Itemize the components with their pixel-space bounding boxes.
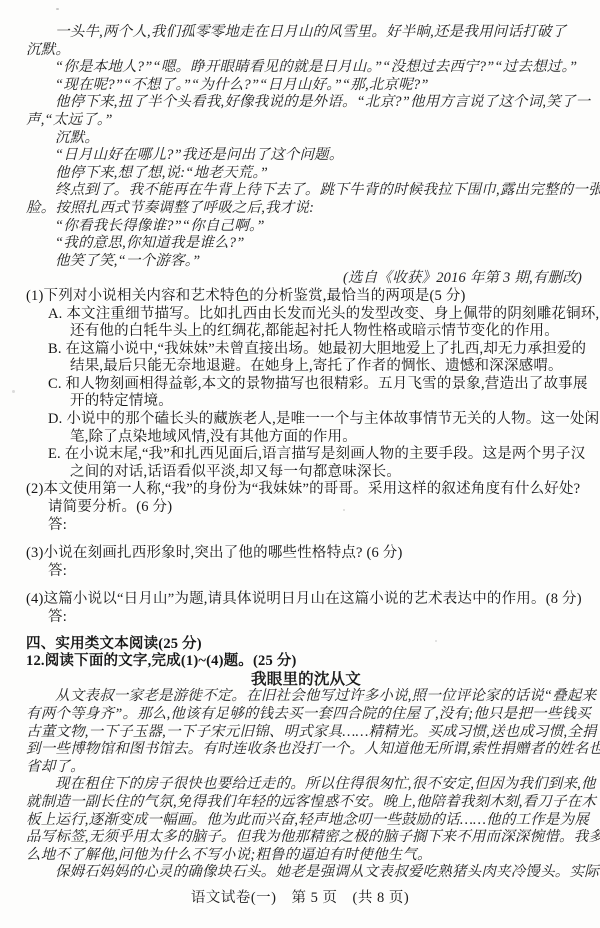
story-line: “日月山好在哪儿?”我还是问出了这个问题。 bbox=[26, 147, 586, 165]
story-line: 声,“太远了。” bbox=[26, 112, 586, 130]
story-line: “你是本地人?”“嗯。睁开眼睛看见的就是日月山。”“没想过去西宁?”“过去想过。… bbox=[26, 59, 586, 77]
scan-speck bbox=[56, 8, 59, 10]
passage-title: 我眼里的沈从文 bbox=[26, 671, 586, 689]
page-content: 一头牛,两个人,我们孤零零地走在日月山的风雪里。好半晌,还是我用问话打破了 沉默… bbox=[26, 24, 586, 882]
option-b-line: 结果,最后只能无奈地退避。在她身上,寄托了作者的惆怅、遗憾和深深感喟。 bbox=[26, 358, 586, 376]
story-line: 脸。按照扎西式节奏调整了呼吸之后,我才说: bbox=[26, 200, 586, 218]
question-12-instruction: 12.阅读下面的文字,完成(1)~(4)题。(25 分) bbox=[26, 653, 586, 671]
page-footer: 语文试卷(一) 第 5 页 (共 8 页) bbox=[0, 886, 600, 907]
exam-page: 一头牛,两个人,我们孤零零地走在日月山的风雪里。好半晌,还是我用问话打破了 沉默… bbox=[0, 0, 600, 928]
section-heading: 四、实用类文本阅读(25 分) bbox=[26, 636, 586, 654]
answer-label: 答: bbox=[26, 517, 586, 535]
question-2: (2)本文使用第一人称,“我”的身份为“我妹妹”的哥哥。采用这样的叙述角度有什么… bbox=[26, 481, 586, 499]
scan-speck bbox=[560, 96, 562, 98]
option-a-line: 还有他的白牦牛头上的红绸花,都能起衬托人物性格或暗示情节变化的作用。 bbox=[26, 323, 586, 341]
passage-line: 从文表叔一家老是游徙不定。在旧社会他写过许多小说,照一位评论家的话说“叠起来 bbox=[26, 688, 586, 706]
passage-line: 古董文物,一下子玉器,一下子宋元旧锦、明式家具……精精光。买成习惯,送也成习惯,… bbox=[26, 724, 586, 742]
scan-speck bbox=[343, 509, 345, 511]
passage-line: 么地不了解他,问他为什么不写小说;粗鲁的逼迫有时使他生气。 bbox=[26, 847, 586, 865]
story-line: 终点到了。我不能再在牛背上待下去了。跳下牛背的时候我拉下围巾,露出完整的一张 bbox=[26, 182, 586, 200]
story-line: 一头牛,两个人,我们孤零零地走在日月山的风雪里。好半晌,还是我用问话打破了 bbox=[26, 24, 586, 42]
question-1: (1)下列对小说相关内容和艺术特色的分析鉴赏,最恰当的两项是(5 分) bbox=[26, 288, 586, 306]
passage-line: 保姆石妈妈的心灵的确像块石头。她老是强调从文表叔爱吃熟猪头肉夹冷馒头。实际 bbox=[26, 864, 586, 882]
question-2-continuation: 请简要分析。(6 分) bbox=[26, 499, 586, 517]
option-d-line: 笔,除了点染地域风情,没有其他方面的作用。 bbox=[26, 429, 586, 447]
question-3: (3)小说在刻画扎西形象时,突出了他的哪些性格特点? (6 分) bbox=[26, 545, 586, 563]
passage-line: 板上运行,逐渐变成一幅画。他为此而兴奋,轻声地念叨一些鼓励的话……他的工作是为展 bbox=[26, 812, 586, 830]
story-line: 他笑了笑,“一个游客。” bbox=[26, 253, 586, 271]
answer-label: 答: bbox=[26, 563, 586, 581]
question-4: (4)这篇小说以“日月山”为题,请具体说明日月山在这篇小说的艺术表达中的作用。(… bbox=[26, 591, 586, 609]
story-line: 沉默。 bbox=[26, 42, 586, 60]
passage-line: 到一些博物馆和图书馆去。有时连收条也没打一个。人知道他无所谓,索性捐赠者的姓名也 bbox=[26, 741, 586, 759]
story-line: “我的意思,你知道我是谁么?” bbox=[26, 235, 586, 253]
story-line: 沉默。 bbox=[26, 130, 586, 148]
option-a-line: A. 本文注重细节描写。比如扎西由长发而光头的发型改变、身上佩带的阴刻雕花铜环, bbox=[26, 306, 586, 324]
story-line: 他停下来,扭了半个头看我,好像我说的是外语。“北京?”他用方言说了这个词,笑了一 bbox=[26, 94, 586, 112]
passage-line: 品写标签,无须乎用太多的脑子。但我为他那精密之极的脑子搁下来不用而深深惋惜。我多 bbox=[26, 829, 586, 847]
source-attribution: (选自《收获》2016 年第 3 期,有删改) bbox=[26, 270, 586, 288]
passage-line: 有两个等身齐”。那么,他该有足够的钱去买一套四合院的住屋了,没有;他只是把一些钱… bbox=[26, 706, 586, 724]
passage-line: 现在租住下的房子很快也要给迁走的。所以住得很匆忙,很不安定,但因为我们到来,他 bbox=[26, 776, 586, 794]
option-d-line: D. 小说中的那个磕长头的藏族老人,是唯一一个与主体故事情节无关的人物。这一处闲 bbox=[26, 411, 586, 429]
option-e-line: 之间的对话,话语看似平淡,却又每一句都意味深长。 bbox=[26, 464, 586, 482]
story-line: “现在呢?”“不想了。”“为什么?”“日月山好。”“那,北京呢?” bbox=[26, 77, 586, 95]
option-c-line: C. 和人物刻画相得益彰,本文的景物描写也很精彩。五月飞雪的景象,营造出了故事展 bbox=[26, 376, 586, 394]
option-c-line: 开的特定情境。 bbox=[26, 393, 586, 411]
scan-speck bbox=[12, 390, 15, 393]
passage-line: 就制造一副长住的气氛,免得我们年轻的远客惶惑不安。晚上,他陪着我刻木刻,看刀子在… bbox=[26, 794, 586, 812]
scan-speck bbox=[435, 640, 437, 642]
option-e-line: E. 在小说末尾,“我”和扎西见面后,语言描写是刻画人物的主要手段。这是两个男子… bbox=[26, 446, 586, 464]
answer-label: 答: bbox=[26, 609, 586, 627]
story-line: 他停下来,想了想,说:“地老天荒。” bbox=[26, 165, 586, 183]
scan-speck bbox=[300, 868, 302, 870]
passage-line: 省却了。 bbox=[26, 759, 586, 777]
story-line: “你看我长得像谁?”“你自己啊。” bbox=[26, 218, 586, 236]
option-b-line: B. 在这篇小说中,“我妹妹”未曾直接出场。她最初大胆地爱上了扎西,却无力承担爱… bbox=[26, 341, 586, 359]
